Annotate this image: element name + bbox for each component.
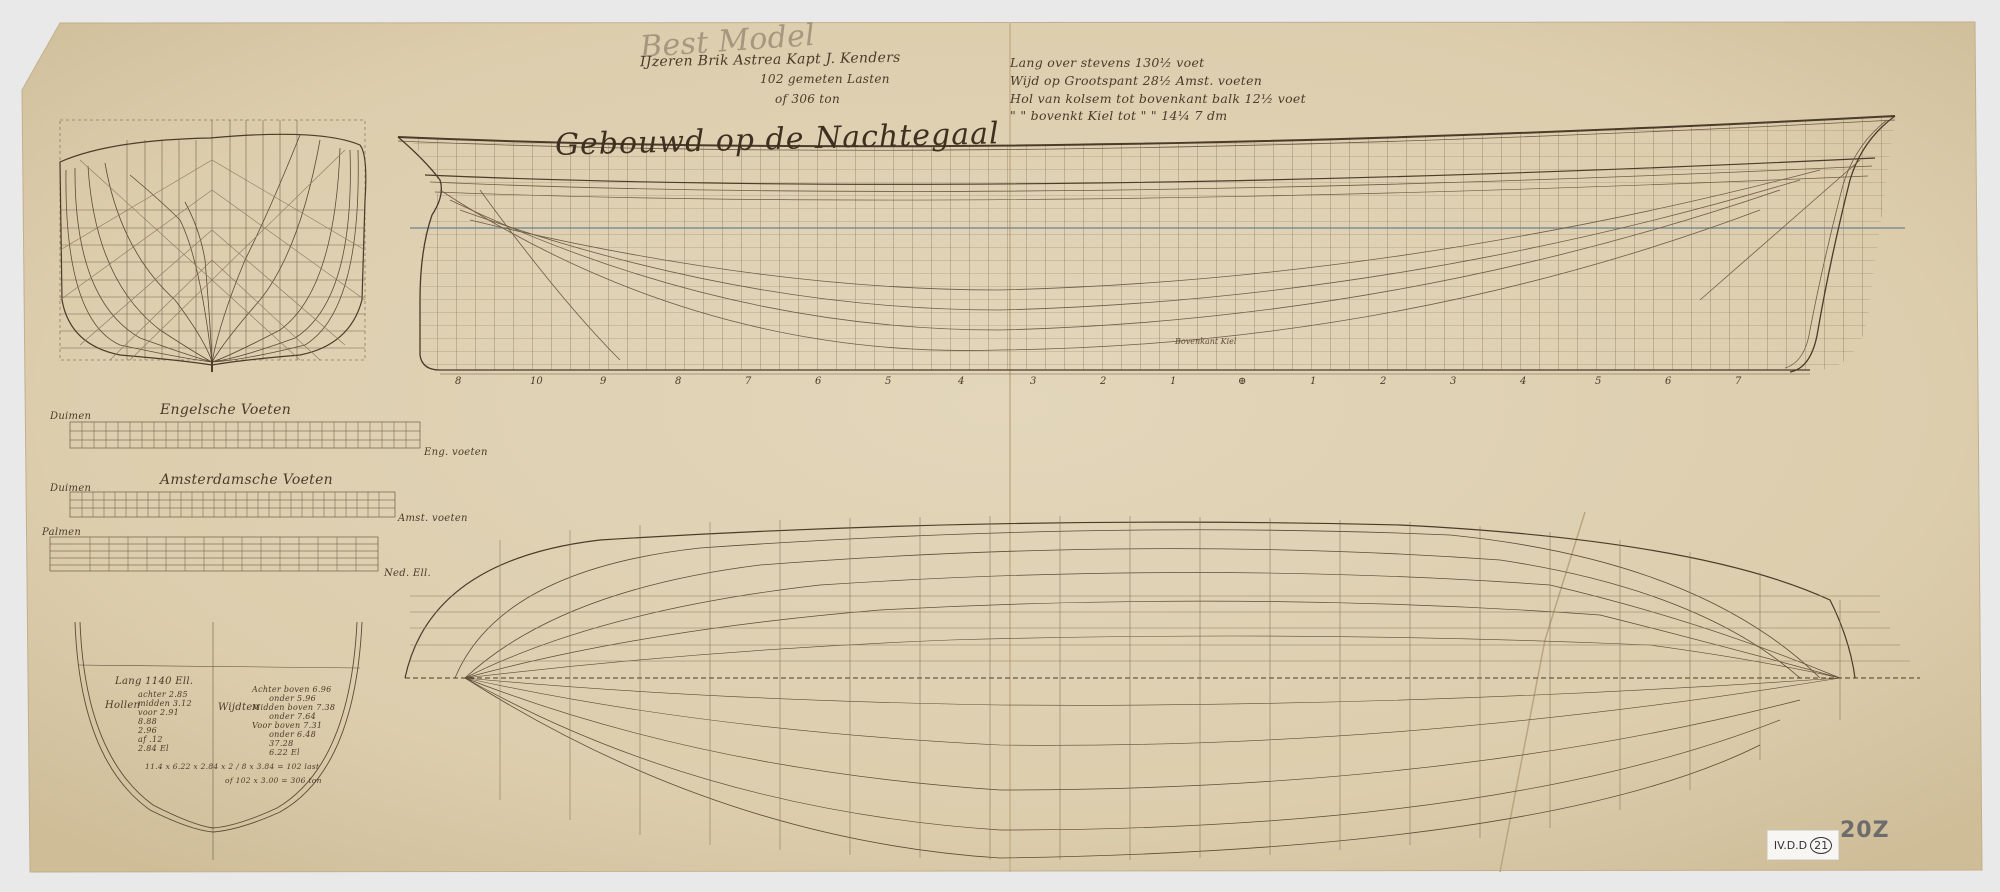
group-name: Achter <box>252 685 281 694</box>
dimension-line-1: Lang over stevens 130½ voet <box>1010 55 1205 70</box>
svg-text:2: 2 <box>1379 376 1386 387</box>
svg-text:6: 6 <box>815 376 822 387</box>
calc-left-label: Hollen <box>105 700 140 711</box>
dimension-line-3: Hol van kolsem tot bovenkant balk 12½ vo… <box>1010 91 1306 106</box>
scale-title-english: Engelsche Voeten <box>160 402 291 418</box>
calc-left-row: voor 2.91 <box>138 708 192 717</box>
group-row: 6.22 El <box>269 748 300 757</box>
svg-text:3: 3 <box>1030 376 1036 387</box>
group-row: onder 6.48 <box>269 730 316 739</box>
svg-text:7: 7 <box>745 376 752 387</box>
stamp-number: 21 <box>1810 837 1832 854</box>
svg-text:1: 1 <box>1310 376 1316 387</box>
calc-result: of 102 x 3.00 = 306 ton <box>225 776 322 785</box>
svg-text:⊕: ⊕ <box>1238 376 1246 387</box>
scale-title-amsterdam: Amsterdamsche Voeten <box>160 472 333 488</box>
svg-text:8: 8 <box>675 376 681 387</box>
keel-label: Bovenkant Kiel <box>1174 337 1237 346</box>
svg-text:1: 1 <box>1170 376 1176 387</box>
svg-text:5: 5 <box>885 376 891 387</box>
dimension-line-2: Wijd op Grootspant 28½ Amst. voeten <box>1010 73 1262 88</box>
calc-left-row: 8.88 <box>138 717 192 726</box>
scale-head-palmen: Palmen <box>42 527 81 538</box>
svg-text:4: 4 <box>1519 376 1526 387</box>
archive-stamp: IV.D.D 21 <box>1767 830 1839 860</box>
group-row: onder 5.96 <box>269 694 316 703</box>
svg-text:10: 10 <box>530 376 543 387</box>
group-name: Midden <box>252 703 285 712</box>
tonnage-lasten: 102 gemeten Lasten <box>760 72 890 86</box>
calc-left-rows: achter 2.85 midden 3.12 voor 2.91 8.88 2… <box>138 690 192 753</box>
svg-text:8: 8 <box>455 376 461 387</box>
group-row: 37.28 <box>269 739 293 748</box>
calc-left-row: 2.84 El <box>138 744 192 753</box>
stamp-code: IV.D.D <box>1774 839 1807 852</box>
calc-right-groups: Achter boven 6.96 onder 5.96 Midden bove… <box>252 685 335 757</box>
calc-left-row: midden 3.12 <box>138 699 192 708</box>
svg-text:6: 6 <box>1665 376 1672 387</box>
group-row: boven 6.96 <box>284 685 332 694</box>
ship-drawing: 8109 876 543 21⊕ 123 456 7 Bovenkant Kie… <box>0 0 2000 892</box>
scale-unit-ned-ell: Ned. Ell. <box>384 568 431 579</box>
svg-text:2: 2 <box>1099 376 1106 387</box>
svg-text:5: 5 <box>1595 376 1601 387</box>
handwritten-number: 20Z <box>1840 818 1890 843</box>
svg-text:9: 9 <box>600 376 607 387</box>
svg-text:7: 7 <box>1735 376 1742 387</box>
calc-left-row: af .12 <box>138 735 192 744</box>
scale-head-amsterdam: Duimen <box>50 483 91 494</box>
group-name: Voor <box>252 721 272 730</box>
tonnage-ton: of 306 ton <box>775 92 840 106</box>
svg-text:3: 3 <box>1450 376 1456 387</box>
calc-left-row: 2.96 <box>138 726 192 735</box>
group-row: boven 7.38 <box>288 703 336 712</box>
calc-formula: 11.4 x 6.22 x 2.84 x 2 / 8 x 3.84 = 102 … <box>145 762 319 771</box>
ship-plan-sheet: 8109 876 543 21⊕ 123 456 7 Bovenkant Kie… <box>0 0 2000 892</box>
dimension-line-4: " " bovenkt Kiel tot " " 14¼ 7 dm <box>1010 108 1227 123</box>
svg-text:4: 4 <box>957 376 964 387</box>
scale-unit-english: Eng. voeten <box>424 447 488 458</box>
scale-unit-amsterdam: Amst. voeten <box>398 513 468 524</box>
group-row: boven 7.31 <box>275 721 323 730</box>
group-row: onder 7.64 <box>269 712 316 721</box>
calc-left-row: achter 2.85 <box>138 690 192 699</box>
scale-head-english: Duimen <box>50 411 91 422</box>
calc-heading: Lang 1140 Ell. <box>115 676 193 687</box>
